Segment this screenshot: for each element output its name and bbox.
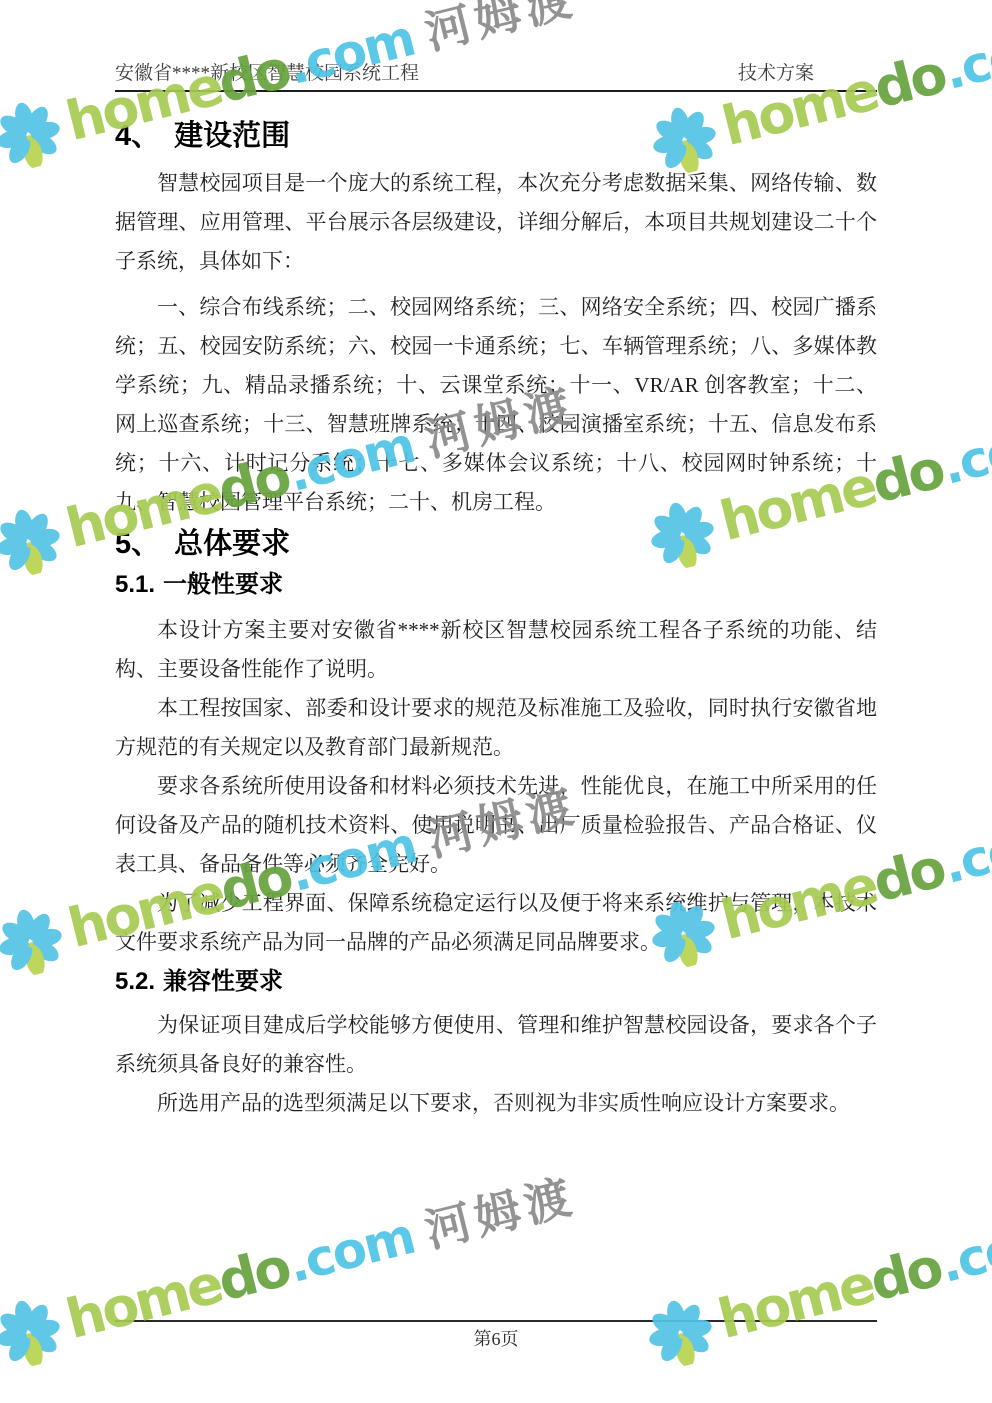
watermark-com-text: .com xyxy=(937,413,992,492)
watermark-cn-text: 河姆渡 xyxy=(421,0,581,56)
watermark-cn-text: 河姆渡 xyxy=(421,1172,581,1254)
header-doc-title: 安徽省****新校区智慧校园系统工程 xyxy=(115,62,419,86)
watermark-com-text: .com xyxy=(938,812,992,891)
section-number: 4、 xyxy=(115,120,160,152)
paragraph-overview: 智慧校园项目是一个庞大的系统工程，本次充分考虑数据采集、网络传输、数据管理、应用… xyxy=(115,164,877,281)
watermark-do-text: do xyxy=(867,442,948,511)
document-content: 安徽省****新校区智慧校园系统工程 技术方案 4、建设范围 智慧校园项目是一个… xyxy=(115,62,877,1123)
section-heading-4: 4、建设范围 xyxy=(115,118,877,154)
section-title: 总体要求 xyxy=(174,528,290,560)
watermark-do-text: do xyxy=(213,1240,294,1309)
page-footer: 第6页 xyxy=(115,1320,877,1351)
paragraph-subsystem-list: 一、综合布线系统；二、校园网络系统；三、网络安全系统；四、校园广播系统；五、校园… xyxy=(115,288,877,522)
section-title: 建设范围 xyxy=(174,120,290,152)
header-doc-type: 技术方案 xyxy=(738,62,877,86)
flower-logo-icon xyxy=(0,95,68,175)
section-number: 5、 xyxy=(115,528,160,560)
flower-logo-icon xyxy=(0,1293,68,1373)
paragraph-compatibility: 为保证项目建成后学校能够方便使用、管理和维护智慧校园设备，要求各个子系统须具备良… xyxy=(115,1006,877,1084)
watermark-com-text: .com xyxy=(283,1211,418,1290)
flower-logo-icon xyxy=(0,502,68,582)
page-number: 第6页 xyxy=(474,1329,519,1349)
subsection-heading-5-1: 5.1.一般性要求 xyxy=(115,570,877,600)
paragraph-standards: 本工程按国家、部委和设计要求的规范及标准施工及验收，同时执行安徽省地方规范的有关… xyxy=(115,689,877,767)
watermark-do-text: do xyxy=(868,841,949,910)
paragraph-equipment-requirements: 要求各系统所使用设备和材料必须技术先进，性能优良，在施工中所采用的任何设备及产品… xyxy=(115,767,877,884)
page-header: 安徽省****新校区智慧校园系统工程 技术方案 xyxy=(115,62,877,92)
subsection-number: 5.1. xyxy=(115,571,155,598)
subsection-number: 5.2. xyxy=(115,968,155,995)
watermark-do-text: do xyxy=(865,1240,946,1309)
section-heading-5: 5、总体要求 xyxy=(115,526,877,562)
watermark-com-text: .com xyxy=(935,1211,992,1290)
paragraph-brand-requirements: 为了减少工程界面、保障系统稳定运行以及便于将来系统维护与管理，本技术文件要求系统… xyxy=(115,884,877,962)
paragraph-design-scope: 本设计方案主要对安徽省****新校区智慧校园系统工程各子系统的功能、结构、主要设… xyxy=(115,611,877,689)
document-page: 安徽省****新校区智慧校园系统工程 技术方案 4、建设范围 智慧校园项目是一个… xyxy=(0,0,992,1403)
subsection-heading-5-2: 5.2.兼容性要求 xyxy=(115,967,877,997)
flower-logo-icon xyxy=(0,902,70,982)
paragraph-product-selection: 所选用产品的选型须满足以下要求，否则视为非实质性响应设计方案要求。 xyxy=(115,1084,877,1123)
watermark-com-text: .com xyxy=(939,18,992,97)
subsection-title: 一般性要求 xyxy=(163,571,283,598)
subsection-title: 兼容性要求 xyxy=(163,968,283,995)
watermark-do-text: do xyxy=(869,47,950,116)
